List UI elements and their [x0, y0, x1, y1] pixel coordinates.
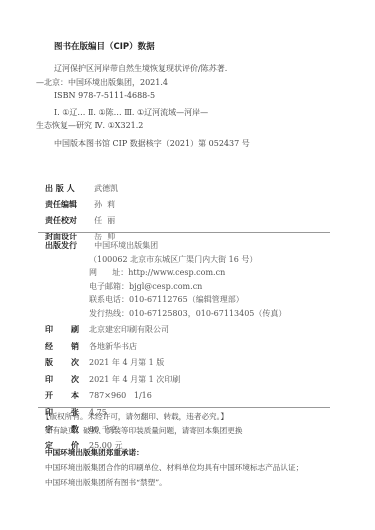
credit-value: 孙 莉	[94, 200, 115, 209]
credit-label: 责任编辑	[45, 198, 89, 211]
spec-label-2: 本	[71, 389, 89, 403]
cip-classification-line-2: 生态恢复—研究 Ⅳ. ①X321.2	[36, 120, 143, 131]
credit-row-publisher: 出 版 人 武德凯	[45, 179, 118, 195]
spec-row-printing: 印次2021 年 4 月第 1 次印刷	[45, 370, 180, 387]
cip-record-number: 中国版本图书馆 CIP 数据核字（2021）第 052437 号	[54, 138, 250, 149]
divider-rule	[38, 232, 330, 233]
quality-notice: 如有缺页、破损、倒装等印装质量问题，请寄回本集团更换	[45, 425, 242, 436]
copyright-page: 图书在版编目（CIP）数据 辽河保护区河岸带自然生境恢复现状评价/陈苏著. —北…	[0, 0, 375, 530]
spec-row-format: 开本787×960 1/16	[45, 386, 180, 403]
spec-label-1: 经	[45, 340, 71, 354]
pledge-line-2: 中国环境出版集团所有图书“禁塑”。	[45, 477, 167, 488]
spec-row-distributor: 经销各地新华书店	[45, 337, 180, 354]
cip-title-line: 辽河保护区河岸带自然生境恢复现状评价/陈苏著.	[54, 63, 227, 74]
credit-value: 任 丽	[94, 216, 115, 225]
credits-list: 出 版 人 武德凯 责任编辑 孙 莉 责任校对 任 丽 封面设计 岳 帅	[45, 179, 118, 243]
publisher-name: 中国环境出版集团	[94, 241, 158, 250]
credit-label: 出 版 人	[45, 182, 89, 195]
cip-heading: 图书在版编目（CIP）数据	[54, 40, 155, 52]
publisher-hotline: 发行热线：010-67125803，010-67113405（传真）	[45, 307, 286, 321]
credit-row-proofreader: 责任校对 任 丽	[45, 211, 118, 227]
spec-value: 2021 年 4 月第 1 版	[89, 358, 164, 367]
publisher-address: （100062 北京市东城区广渠门内大街 16 号）	[45, 253, 286, 267]
publisher-block: 出版发行 中国环境出版集团 （100062 北京市东城区广渠门内大街 16 号）…	[45, 236, 286, 320]
spec-label-2: 次	[71, 356, 89, 370]
spec-label-2: 刷	[71, 323, 89, 337]
credit-row-editor: 责任编辑 孙 莉	[45, 195, 118, 211]
cip-classification-line-1: Ⅰ. ①辽… Ⅱ. ①陈… Ⅲ. ①辽河流域—河岸—	[54, 107, 208, 118]
spec-label-1: 版	[45, 356, 71, 370]
copyright-notice: 【版权所有。未经许可，请勿翻印、转载，违者必究。】	[42, 411, 228, 422]
spec-value: 各地新华书店	[89, 342, 137, 351]
cip-isbn-line: ISBN 978-7-5111-4688-5	[54, 91, 155, 100]
spec-label-2: 销	[71, 340, 89, 354]
spec-value: 2021 年 4 月第 1 次印刷	[89, 375, 180, 384]
publisher-website: 网 址：http://www.cesp.com.cn	[45, 266, 286, 280]
spec-value: 787×960 1/16	[89, 391, 152, 400]
publisher-label: 出版发行	[45, 239, 89, 253]
pledge-heading: 中国环境出版集团郑重承诺：	[45, 447, 144, 458]
spec-label-1: 印	[45, 373, 71, 387]
publisher-email: 电子邮箱：bjgl@cesp.com.cn	[45, 280, 286, 294]
spec-label-2: 次	[71, 373, 89, 387]
spec-row-printer: 印刷北京建宏印刷有限公司	[45, 320, 180, 337]
credit-label: 责任校对	[45, 214, 89, 227]
pledge-line-1: 中国环境出版集团合作的印刷单位、材料单位均具有中国环境标志产品认证；	[45, 462, 303, 473]
cip-publisher-line: —北京：中国环境出版集团，2021.4	[36, 77, 168, 88]
credit-value: 武德凯	[94, 184, 118, 193]
spec-row-edition: 版次2021 年 4 月第 1 版	[45, 353, 180, 370]
spec-value: 北京建宏印刷有限公司	[89, 325, 169, 334]
publisher-phone: 联系电话：010-67112765（编辑管理部）	[45, 293, 286, 307]
divider-rule	[38, 407, 330, 408]
spec-label-1: 印	[45, 323, 71, 337]
spec-label-1: 开	[45, 389, 71, 403]
